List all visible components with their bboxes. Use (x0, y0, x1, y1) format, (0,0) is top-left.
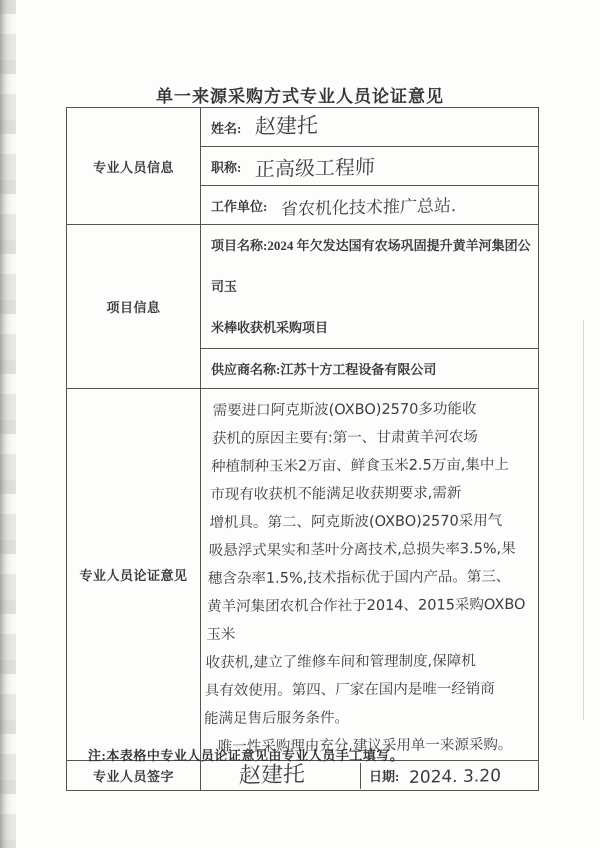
supplier-text: 供应商名称:江苏十方工程设备有限公司 (201, 359, 538, 378)
title-handwritten-value: 正高级工程师 (255, 150, 376, 182)
work-unit-cell: 工作单位: 省农机化技术推广总站. (201, 186, 539, 225)
row-name: 专业人员信息 姓名: 赵建托 (67, 108, 539, 147)
opinion-handwritten-text: 需要进口阿克斯波(OXBO)2570多功能收 获机的原因主要有:第一、甘肃黄羊河… (196, 388, 543, 761)
page-fold-line (583, 320, 584, 720)
scanned-document-page: 单一来源采购方式专业人员论证意见 专业人员信息 姓名: 赵建托 职称: 正高级工… (0, 0, 600, 848)
work-unit-field-label: 工作单位: (211, 196, 267, 215)
opinion-cell: 需要进口阿克斯波(OXBO)2570多功能收 获机的原因主要有:第一、甘肃黄羊河… (201, 389, 539, 761)
project-name-text: 项目名称:2024 年欠发达国有农场巩固提升黄羊河集团公司玉 米棒收获机采购项目 (201, 225, 538, 348)
opinion-label: 专业人员论证意见 (67, 389, 201, 761)
work-unit-handwritten-value: 省农机化技术推广总站. (281, 191, 457, 220)
title-field-label: 职称: (211, 157, 241, 176)
row-opinion: 专业人员论证意见 需要进口阿克斯波(OXBO)2570多功能收 获机的原因主要有… (67, 389, 539, 761)
signature-label: 专业人员签字 (67, 761, 201, 791)
signature-cell: 赵建托 日期: 2024. 3.20 (201, 761, 539, 791)
signature-area: 赵建托 (201, 763, 360, 789)
date-field-label: 日期: (369, 763, 399, 785)
footnote: 注:本表格中专业人员论证意见由专业人员手工填写。 (88, 745, 403, 764)
supplier-cell: 供应商名称:江苏十方工程设备有限公司 (201, 349, 539, 389)
name-handwritten-value: 赵建托 (255, 109, 319, 140)
project-info-label: 项目信息 (67, 225, 201, 389)
row-signature: 专业人员签字 赵建托 日期: 2024. 3.20 (67, 761, 539, 791)
name-cell: 姓名: 赵建托 (201, 108, 539, 147)
verification-form-table: 专业人员信息 姓名: 赵建托 职称: 正高级工程师 工作单位: 省农机化技术 (66, 107, 539, 791)
row-project-name: 项目信息 项目名称:2024 年欠发达国有农场巩固提升黄羊河集团公司玉 米棒收获… (67, 225, 539, 349)
date-handwritten-value: 2024. 3.20 (409, 766, 502, 788)
personnel-info-label: 专业人员信息 (67, 108, 201, 225)
name-field-label: 姓名: (211, 118, 241, 137)
project-name-cell: 项目名称:2024 年欠发达国有农场巩固提升黄羊河集团公司玉 米棒收获机采购项目 (201, 225, 539, 349)
title-cell: 职称: 正高级工程师 (201, 147, 539, 186)
document-title: 单一来源采购方式专业人员论证意见 (0, 82, 600, 107)
scanner-edge-artifact (0, 0, 16, 848)
date-area: 日期: 2024. 3.20 (360, 763, 538, 789)
